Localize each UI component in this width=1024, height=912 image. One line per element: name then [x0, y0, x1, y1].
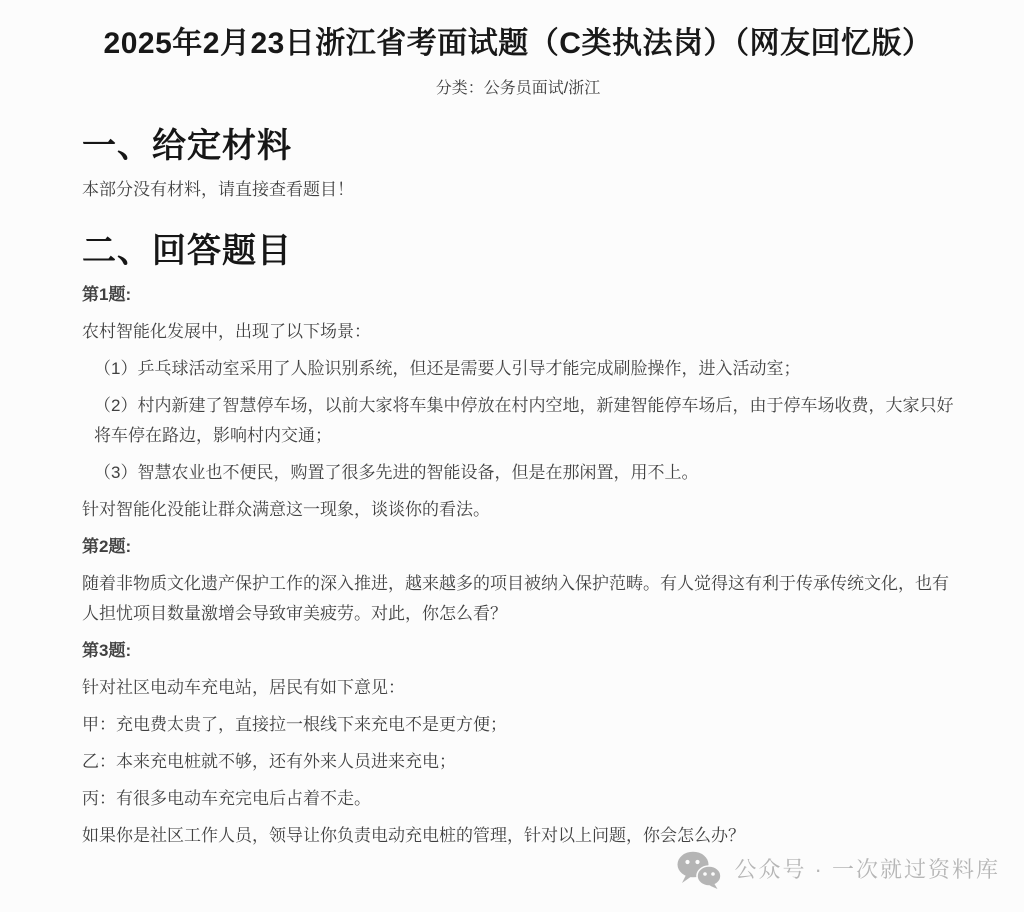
section-heading-materials: 一、给定材料 — [82, 124, 954, 168]
materials-note: 本部分没有材料，请直接查看题目！ — [82, 175, 954, 205]
question1-intro: 农村智能化发展中，出现了以下场景： — [82, 317, 954, 347]
question1-ask: 针对智能化没能让群众满意这一现象，谈谈你的看法。 — [82, 495, 954, 525]
watermark: 公众号 · 一次就过资料库 — [676, 851, 1000, 889]
document-page: 2025年2月23日浙江省考面试题（C类执法岗）（网友回忆版） 分类：公务员面试… — [0, 0, 1024, 912]
question3-opinion-yi: 乙：本来充电桩就不够，还有外来人员进来充电； — [82, 747, 954, 777]
question2-label: 第2题: — [82, 532, 954, 562]
question3-opinion-bing: 丙：有很多电动车充完电后占着不走。 — [82, 784, 954, 814]
question3-opinion-jia: 甲：充电费太贵了，直接拉一根线下来充电不是更方便； — [82, 710, 954, 740]
question1-scenario-3: （3）智慧农业也不便民，购置了很多先进的智能设备，但是在那闲置，用不上。 — [82, 458, 954, 488]
page-title: 2025年2月23日浙江省考面试题（C类执法岗）（网友回忆版） — [92, 26, 944, 62]
category-line: 分类：公务员面试/浙江 — [82, 78, 954, 100]
question2-body: 随着非物质文化遗产保护工作的深入推进，越来越多的项目被纳入保护范畴。有人觉得这有… — [82, 569, 954, 629]
question3-intro: 针对社区电动车充电站，居民有如下意见： — [82, 673, 954, 703]
watermark-label: 公众号 · 一次就过资料库 — [734, 851, 1000, 889]
question1-scenario-1: （1）乒乓球活动室采用了人脸识别系统，但还是需要人引导才能完成刷脸操作，进入活动… — [82, 354, 954, 384]
section-heading-questions: 二、回答题目 — [82, 229, 954, 273]
question1-label: 第1题: — [82, 280, 954, 310]
document-content: 2025年2月23日浙江省考面试题（C类执法岗）（网友回忆版） 分类：公务员面试… — [0, 26, 1024, 851]
wechat-icon — [676, 851, 722, 889]
question3-label: 第3题: — [82, 636, 954, 666]
question1-scenario-2: （2）村内新建了智慧停车场，以前大家将车集中停放在村内空地，新建智能停车场后，由… — [82, 391, 954, 451]
question3-ask: 如果你是社区工作人员，领导让你负责电动充电桩的管理，针对以上问题，你会怎么办？ — [82, 821, 954, 851]
